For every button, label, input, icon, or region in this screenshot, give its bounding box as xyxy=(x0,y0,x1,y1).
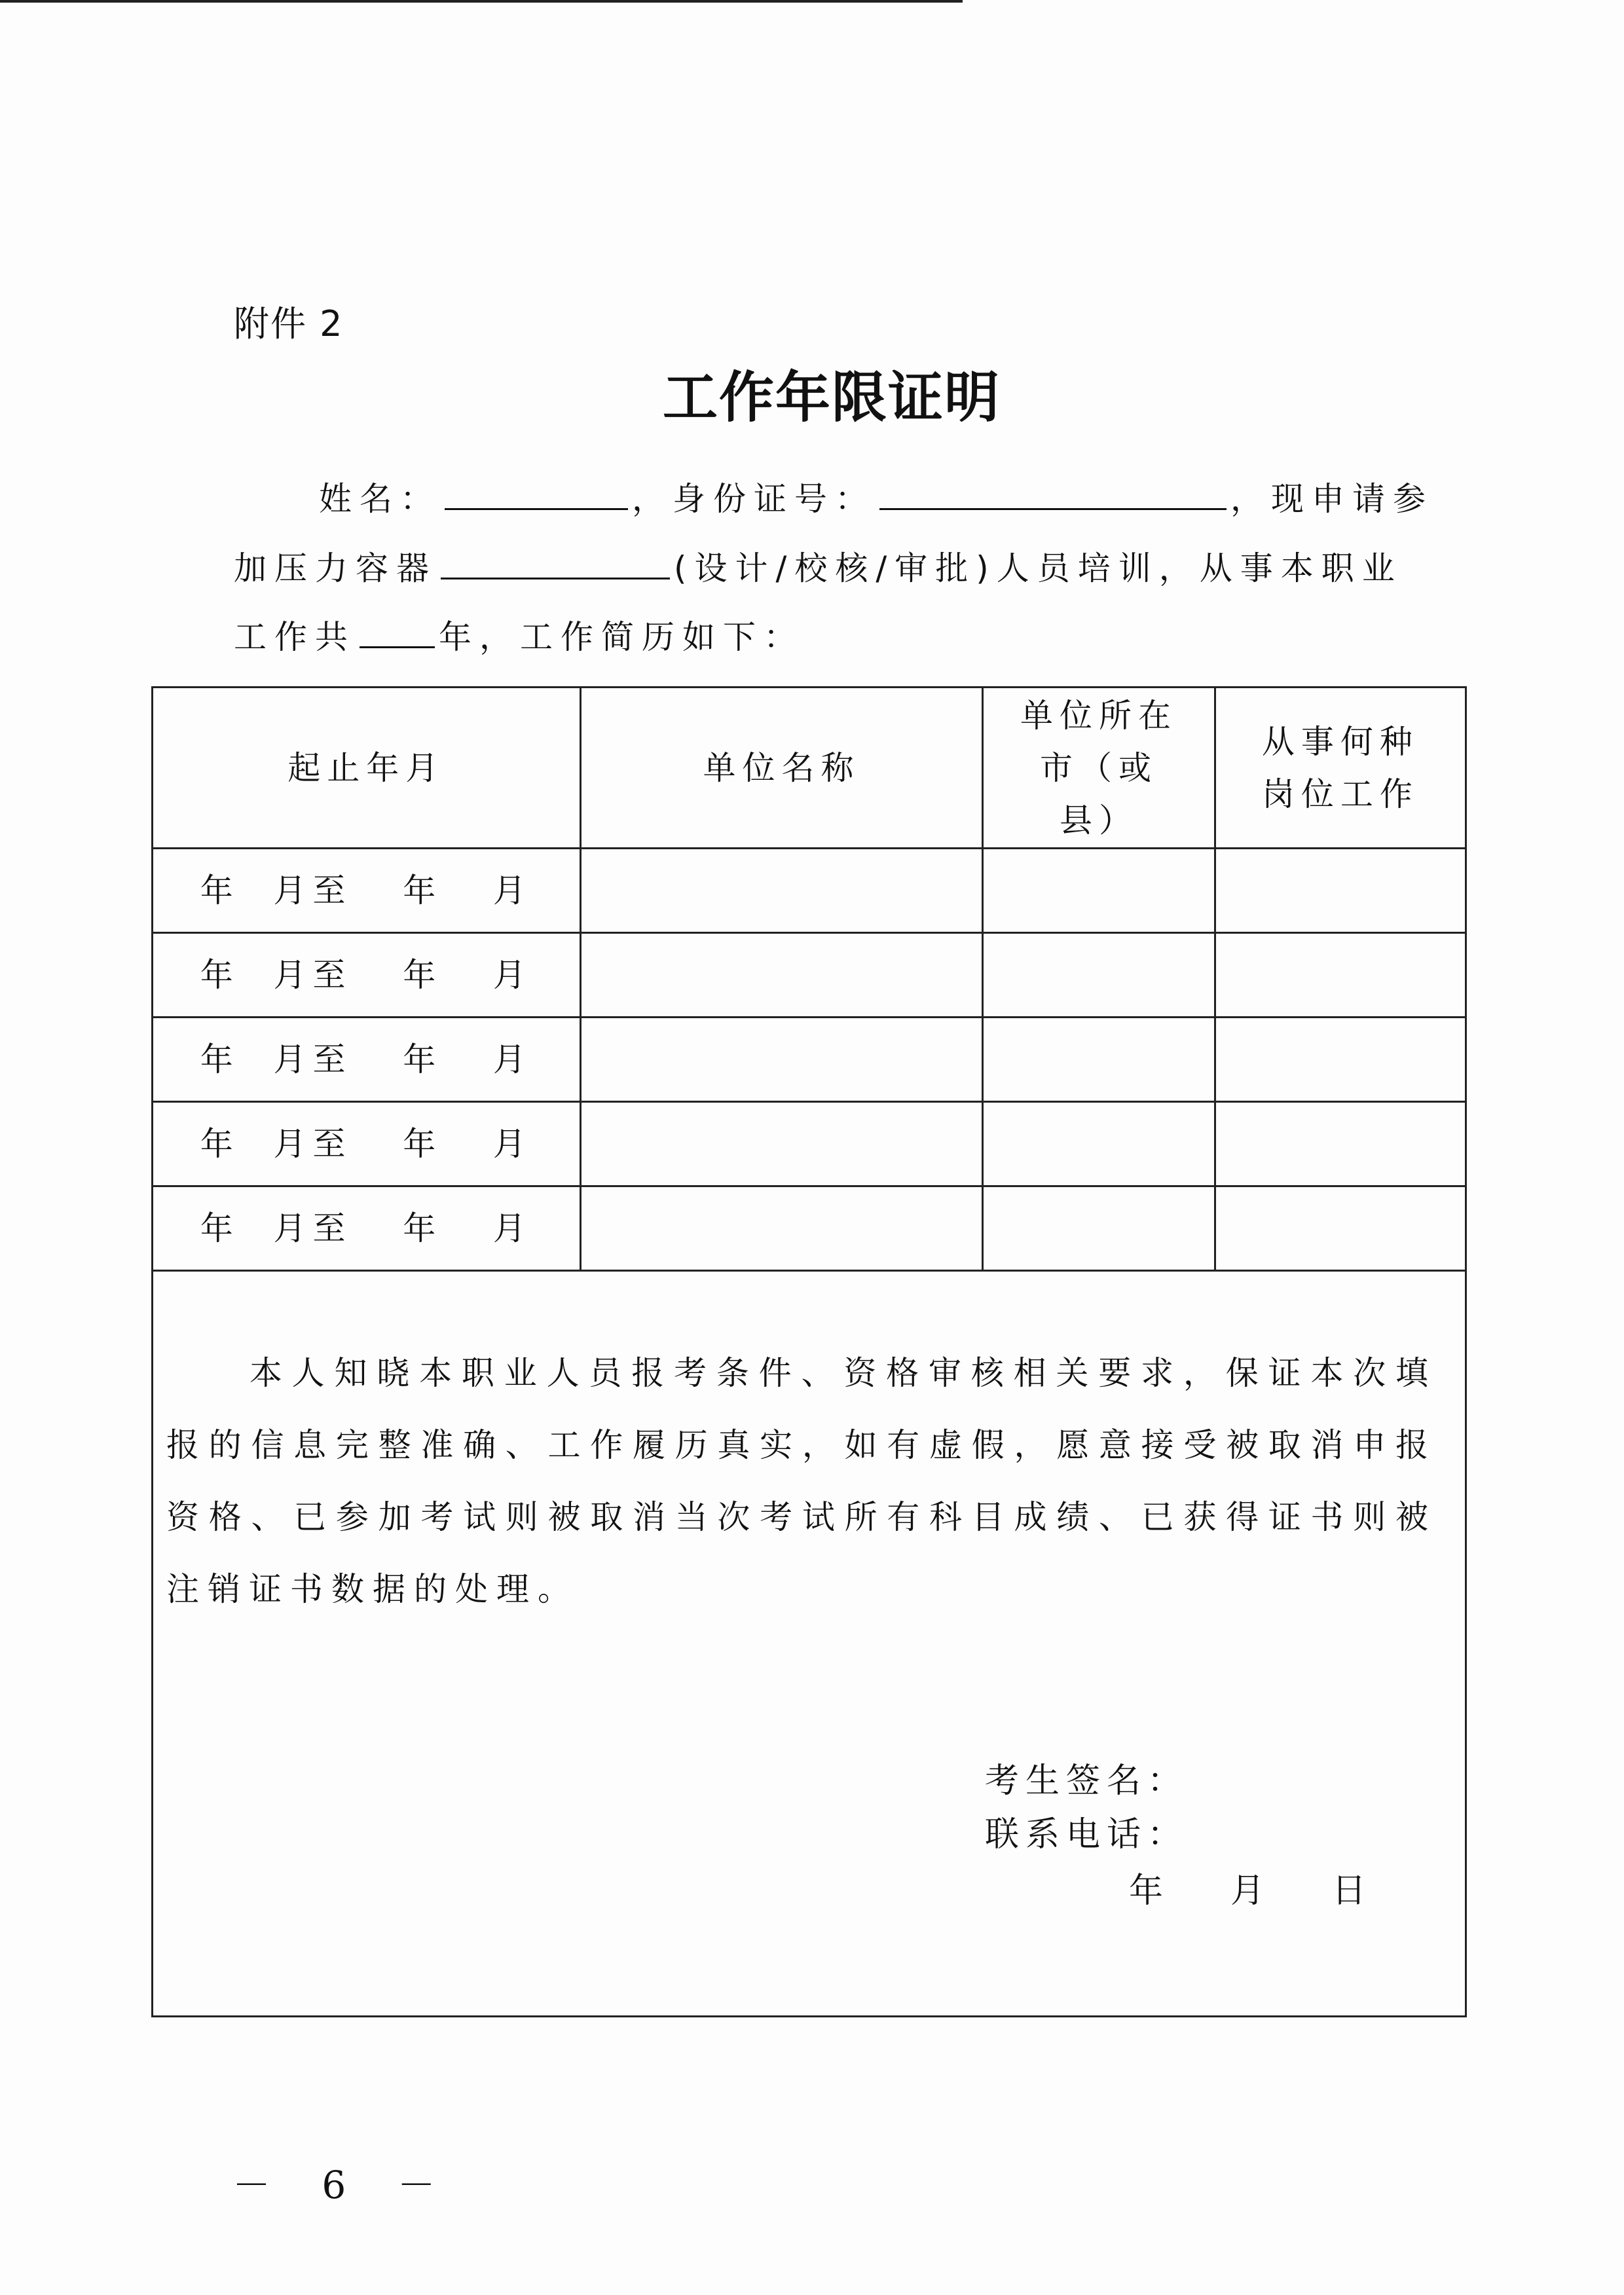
id-number-field[interactable] xyxy=(879,479,1227,510)
table-row: 年 月至 年 月 xyxy=(153,1018,1466,1102)
intro-line-3-tail: 年，工作简历如下： xyxy=(439,618,804,656)
city-cell[interactable] xyxy=(983,933,1215,1018)
position-cell[interactable] xyxy=(1215,1102,1466,1186)
intro-line-2-tail: (设计/校核/审批)人员培训，从事本职业 xyxy=(674,549,1403,587)
declaration-body: 本人知晓本职业人员报考条件、资格审核相关要求，保证本次填报的信息完整准确、工作履… xyxy=(166,1354,1437,1608)
period-cell[interactable]: 年 月至 年 月 xyxy=(153,849,581,933)
table-row: 年 月至 年 月 xyxy=(153,1186,1466,1271)
date-month-label: 月 xyxy=(1230,1865,1271,1917)
city-cell[interactable] xyxy=(983,1102,1215,1186)
attachment-label: 附件 2 xyxy=(234,296,344,346)
unit-cell[interactable] xyxy=(580,1186,983,1271)
id-label: ，身份证号： xyxy=(632,480,876,518)
declaration-text: 本人知晓本职业人员报考条件、资格审核相关要求，保证本次填报的信息完整准确、工作履… xyxy=(166,1337,1437,1625)
period-cell[interactable]: 年 月至 年 月 xyxy=(153,933,581,1018)
intro-line-3-head: 工作共 xyxy=(234,618,356,656)
date-year-label: 年 xyxy=(1129,1865,1170,1917)
header-city-line: 单位所在 xyxy=(984,689,1213,742)
unit-cell[interactable] xyxy=(580,849,983,933)
intro-line-2: 加压力容器(设计/校核/审批)人员培训，从事本职业 xyxy=(234,542,1403,589)
name-field[interactable] xyxy=(445,479,628,510)
intro-line-3: 工作共年，工作简历如下： xyxy=(234,611,804,658)
header-city-line: 县） xyxy=(984,794,1213,847)
declaration-row: 本人知晓本职业人员报考条件、资格审核相关要求，保证本次填报的信息完整准确、工作履… xyxy=(153,1271,1466,2017)
page-number: － 6 － xyxy=(232,2154,455,2209)
vessel-category-field[interactable] xyxy=(441,549,670,579)
header-position-line: 岗位工作 xyxy=(1216,768,1465,820)
intro-line-1: 姓名：，身份证号：，现申请参 xyxy=(319,473,1433,520)
header-period: 起止年月 xyxy=(153,688,581,849)
period-cell[interactable]: 年 月至 年 月 xyxy=(153,1102,581,1186)
table-row: 年 月至 年 月 xyxy=(153,933,1466,1018)
position-cell[interactable] xyxy=(1215,849,1466,933)
page-title: 工作年限证明 xyxy=(0,354,1624,433)
years-field[interactable] xyxy=(360,617,435,648)
date-day-label: 日 xyxy=(1332,1865,1373,1917)
city-cell[interactable] xyxy=(983,1186,1215,1271)
work-history-table: 起止年月 单位名称 单位所在 市（或 县） 从事何种 岗位工作 年 月至 年 月… xyxy=(151,686,1467,2017)
position-cell[interactable] xyxy=(1215,1186,1466,1271)
unit-cell[interactable] xyxy=(580,1102,983,1186)
intro-line-2-head: 加压力容器 xyxy=(234,549,437,587)
position-cell[interactable] xyxy=(1215,933,1466,1018)
declaration-cell: 本人知晓本职业人员报考条件、资格审核相关要求，保证本次填报的信息完整准确、工作履… xyxy=(153,1271,1466,2017)
header-position: 从事何种 岗位工作 xyxy=(1215,688,1466,849)
name-label: 姓名： xyxy=(319,480,441,518)
header-position-line: 从事何种 xyxy=(1216,716,1465,768)
unit-cell[interactable] xyxy=(580,933,983,1018)
header-city-line: 市（或 xyxy=(984,742,1213,794)
table-header-row: 起止年月 单位名称 单位所在 市（或 县） 从事何种 岗位工作 xyxy=(153,688,1466,849)
period-cell[interactable]: 年 月至 年 月 xyxy=(153,1186,581,1271)
table-row: 年 月至 年 月 xyxy=(153,1102,1466,1186)
header-city: 单位所在 市（或 县） xyxy=(983,688,1215,849)
signature-label: 考生签名： xyxy=(985,1755,1188,1807)
intro-line-1-tail: ，现申请参 xyxy=(1230,480,1433,518)
unit-cell[interactable] xyxy=(580,1018,983,1102)
city-cell[interactable] xyxy=(983,1018,1215,1102)
position-cell[interactable] xyxy=(1215,1018,1466,1102)
header-unit-name: 单位名称 xyxy=(580,688,983,849)
city-cell[interactable] xyxy=(983,849,1215,933)
period-cell[interactable]: 年 月至 年 月 xyxy=(153,1018,581,1102)
table-row: 年 月至 年 月 xyxy=(153,849,1466,933)
phone-label: 联系电话： xyxy=(985,1808,1188,1861)
scan-artifact-line xyxy=(0,0,963,3)
